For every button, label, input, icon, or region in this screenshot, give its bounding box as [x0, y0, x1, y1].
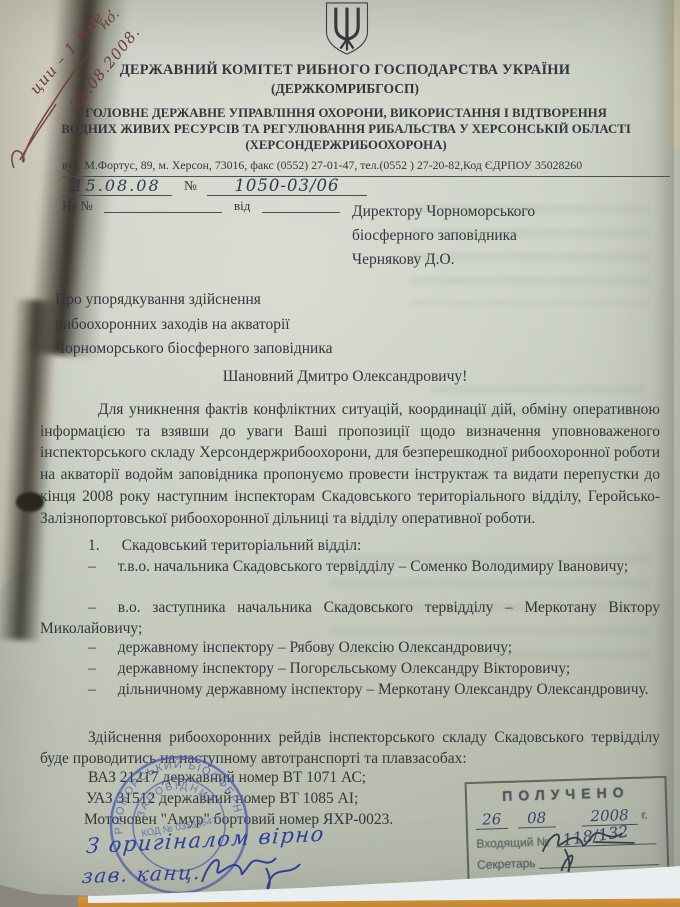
scanned-letter-photo: { "letterhead": { "committee_line1": "ДЕ…: [0, 0, 680, 907]
letter-page: но. ции – 1 мне , 25.08.2008. ДЕРЖАВНИЙ …: [0, 0, 680, 907]
paper-vignette: [0, 0, 680, 907]
